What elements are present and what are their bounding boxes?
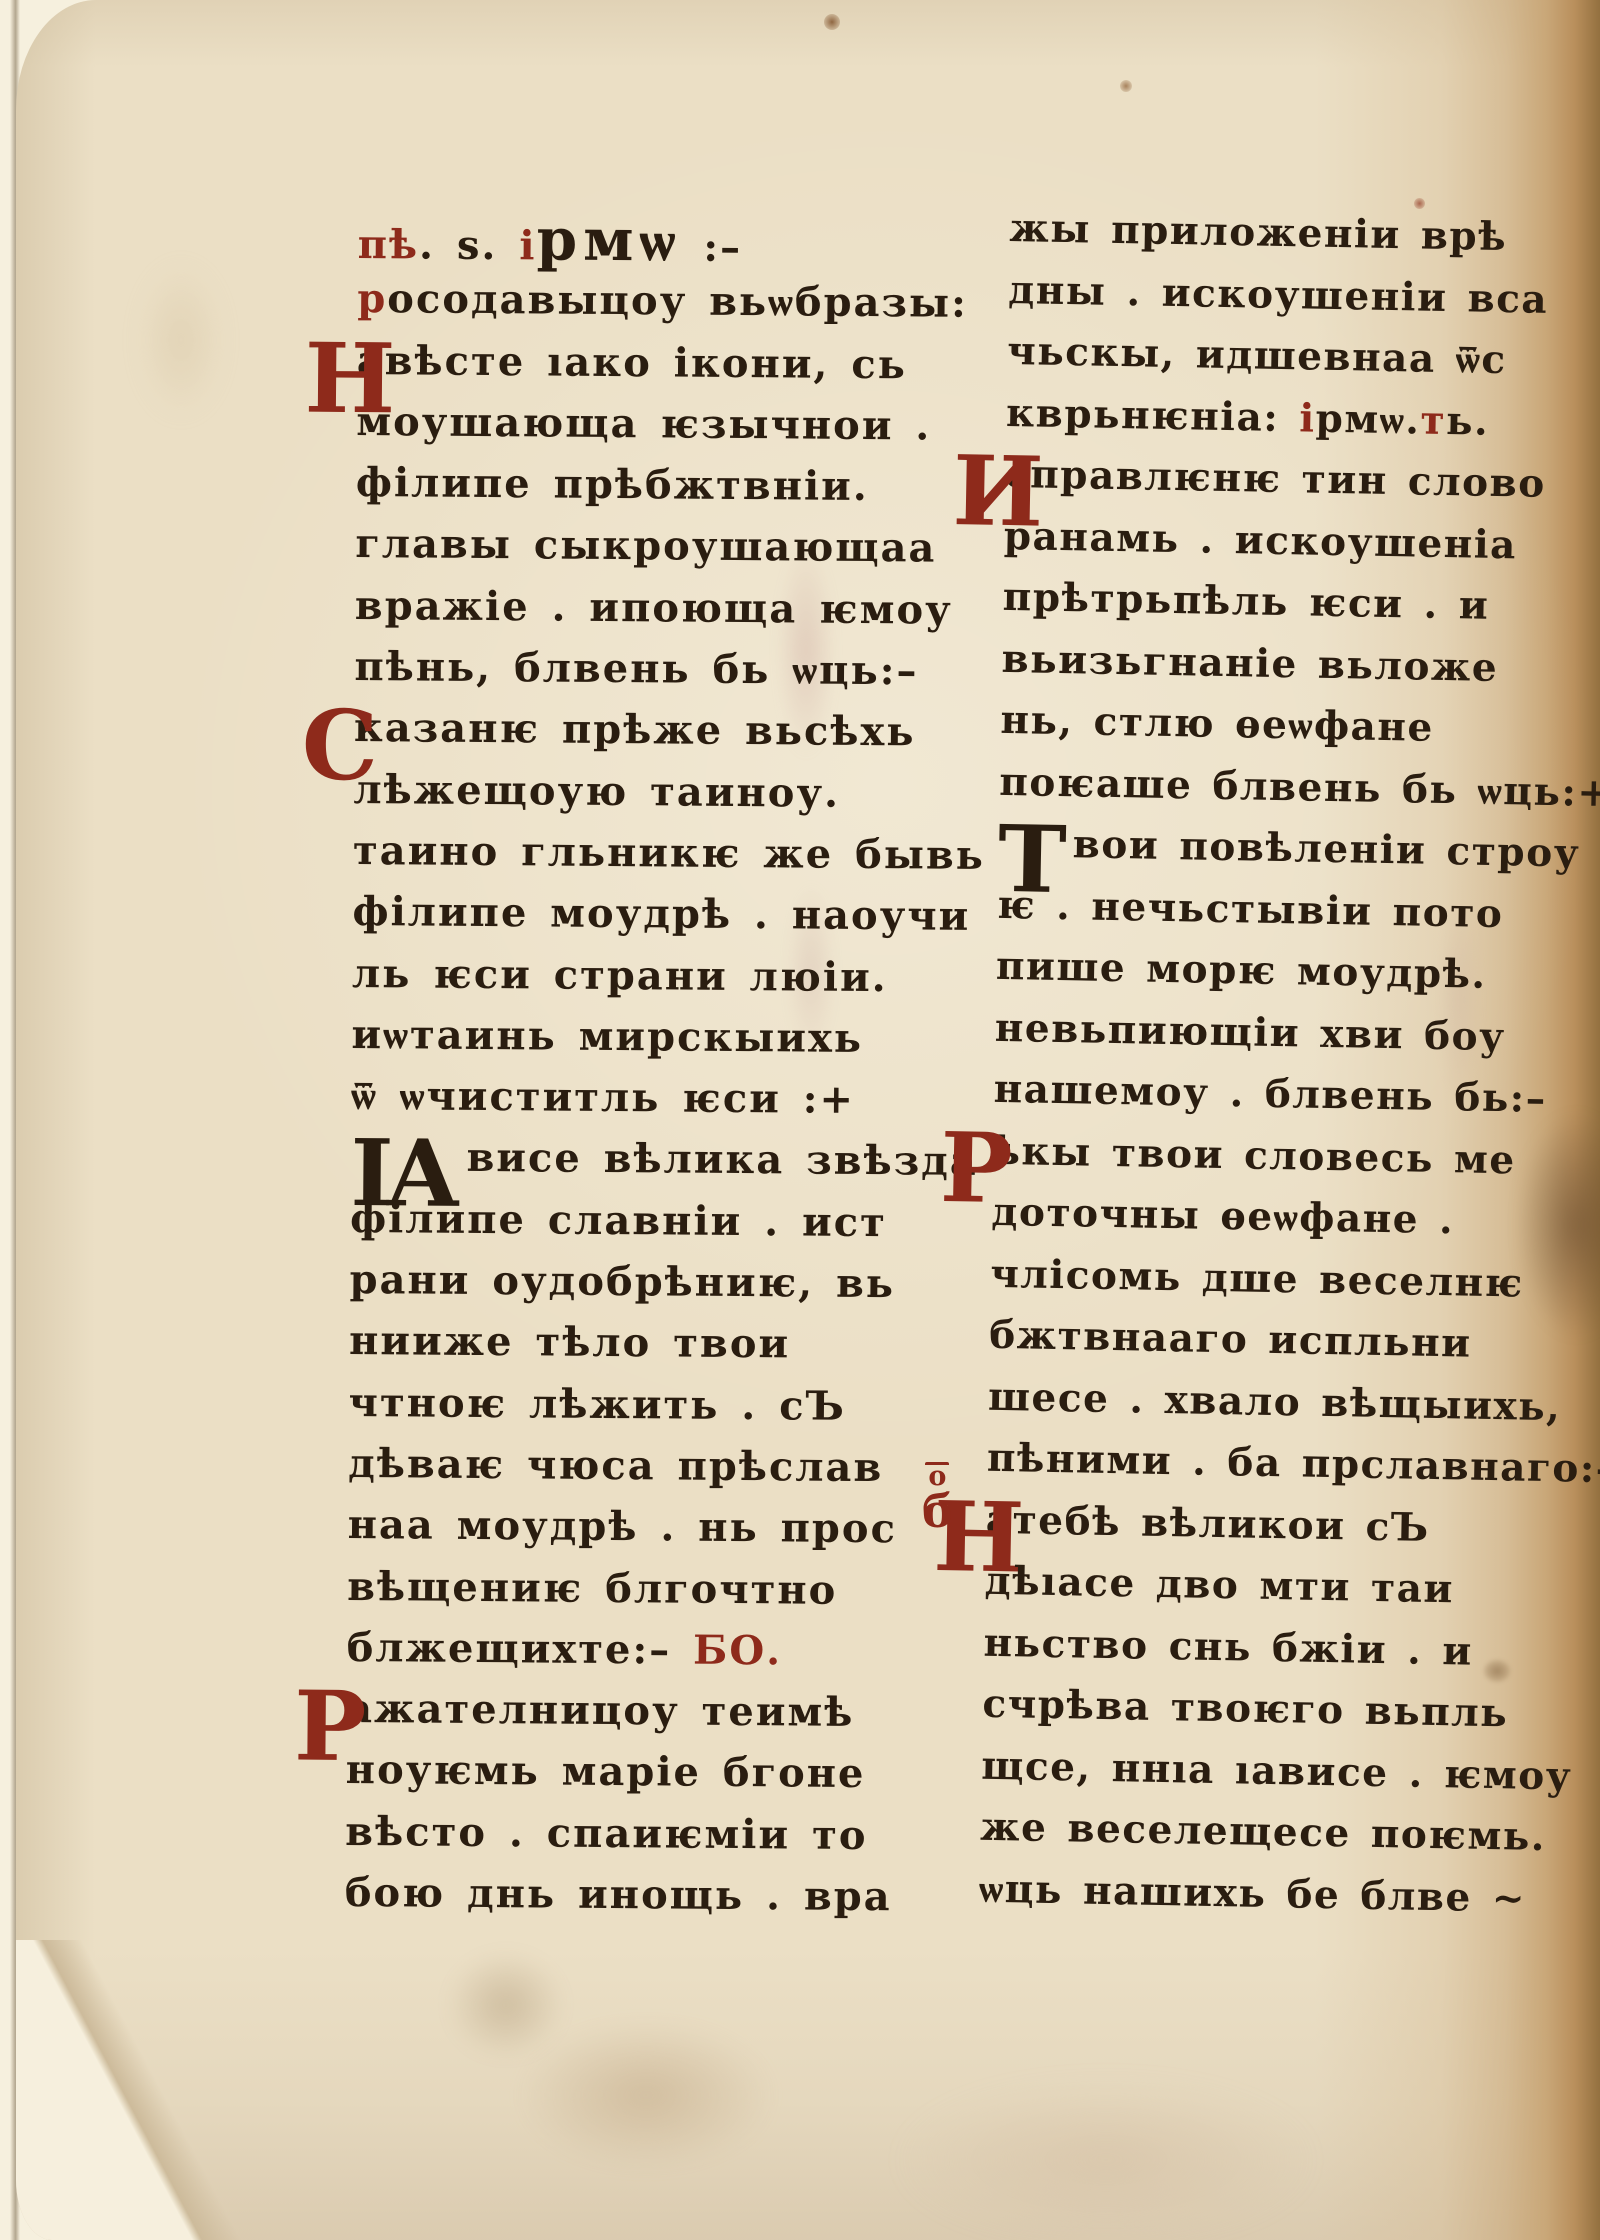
text-segment: жы приложеніи врѣ xyxy=(1009,205,1507,260)
text-segment: пѣнь, блвень бь ѡць:– xyxy=(354,643,918,694)
text-segment: і xyxy=(519,222,537,269)
text-line: дѣваѥ чюса прѣслав xyxy=(348,1438,998,1504)
marginal-note-bo: о б xyxy=(922,1462,953,1533)
text-segment: поѥаше блвень бь ѡць:+ xyxy=(999,758,1600,815)
text-segment: ѣкы твои словесь ме xyxy=(992,1127,1516,1183)
manuscript-page: пѣ. ѕ. ірмѡ :–росодавыцоу вьѡбразы:Навѣс… xyxy=(16,0,1600,2240)
text-line: шесе . хвало вѣщыихь, xyxy=(987,1370,1488,1441)
marginal-letter-bottom: б xyxy=(922,1489,953,1533)
text-line: нь, стлю ѳеѡфане xyxy=(1000,694,1501,765)
text-line: бжтвнааго испльни xyxy=(989,1309,1490,1380)
text-segment: філипе прѣбжтвніи. xyxy=(356,459,869,510)
text-line: рани оудобрѣниѥ, вь xyxy=(349,1254,999,1320)
text-line: вражіе . ипоюща ѥмоу xyxy=(355,580,1005,646)
stain xyxy=(1484,1660,1510,1682)
text-segment: дѣıасе дво мти таи xyxy=(984,1558,1454,1613)
text-line: вьизьгнаніе вьложе xyxy=(1001,632,1502,703)
text-segment: таино гльникѥ же бывь xyxy=(353,827,985,879)
text-line: філипе прѣбжтвніи. xyxy=(356,457,1006,523)
text-line: Сказанѥ прѣже вьсѣхь xyxy=(354,702,1004,768)
page-corner-wedge xyxy=(16,1940,346,2240)
text-line: моушающа ѥзычнои . xyxy=(356,396,1006,462)
text-line: же веселещесе поѥмь. xyxy=(980,1801,1481,1872)
text-segment: висе вѣлика звѣзда xyxy=(466,1134,978,1185)
text-line: кврьнѥніа: ірмѡ.ть. xyxy=(1005,386,1506,457)
text-segment: счрѣва твоѥго вьпль xyxy=(982,1681,1509,1737)
text-line: лѣжещоую таиноу. xyxy=(353,764,1003,830)
text-line: росодавыцоу вьѡбразы: xyxy=(357,273,1007,339)
stain xyxy=(136,260,226,420)
text-segment: доточны ѳеѡфане . xyxy=(991,1189,1455,1243)
text-segment: щсе, ннıа ıависе . ѥмоу xyxy=(981,1742,1573,1799)
stain xyxy=(1516,1110,1600,1340)
text-segment: ѥ . нечьстывіи пото xyxy=(997,881,1504,936)
text-line: дны . искоушеніи вса xyxy=(1008,263,1509,334)
text-segment: нь, стлю ѳеѡфане xyxy=(1000,697,1434,751)
text-segment: чтноѥ лѣжить . сЪ xyxy=(348,1379,846,1430)
stain xyxy=(1414,198,1425,209)
text-segment: р xyxy=(357,275,387,322)
text-segment: нииже тѣло твои xyxy=(349,1317,790,1367)
text-line: жы приложеніи врѣ xyxy=(1009,202,1510,273)
text-line: нашемоу . блвень бь:– xyxy=(993,1063,1494,1134)
text-column-right: жы приложеніи врѣдны . искоушеніи всачьс… xyxy=(978,202,1509,1933)
text-line: ль ѥси страни люіи. xyxy=(352,948,1002,1014)
text-line: щсе, ннıа ıависе . ѥмоу xyxy=(981,1739,1482,1810)
drop-cap: ІА xyxy=(350,1151,466,1196)
text-line: таино гльникѥ же бывь xyxy=(353,825,1003,891)
text-line: дѣıасе дво мти таи xyxy=(984,1555,1485,1626)
text-segment: блжещихте:– xyxy=(347,1624,694,1674)
drop-cap: Т xyxy=(998,837,1073,882)
text-line: иѡтаинь мирскыихь xyxy=(351,1009,1001,1075)
text-line: доточны ѳеѡфане . xyxy=(991,1186,1492,1257)
text-line: чтноѥ лѣжить . сЪ xyxy=(348,1377,998,1443)
text-segment: же веселещесе поѥмь. xyxy=(980,1804,1547,1860)
text-line: пѣ. ѕ. ірмѡ :– xyxy=(358,212,1008,278)
text-segment: пѣними . ба прславнаго:– xyxy=(987,1435,1600,1493)
text-line: пише морѥ моудрѣ. xyxy=(995,940,1496,1011)
text-segment: ноуѥмь маріе бгоне xyxy=(346,1746,866,1797)
text-line: Исправлѥнѥ тин слово xyxy=(1004,448,1505,519)
text-segment: :– xyxy=(681,224,742,271)
text-line: невьпиющіи хви боу xyxy=(994,1001,1495,1072)
stain xyxy=(1120,80,1132,92)
text-segment: вьизьгнаніе вьложе xyxy=(1001,635,1498,690)
stain xyxy=(824,14,840,30)
text-line: ІАвисе вѣлика звѣзда xyxy=(350,1131,1000,1197)
stain xyxy=(516,2020,776,2170)
text-segment: пише морѥ моудрѣ. xyxy=(996,943,1487,998)
text-segment: моушающа ѥзычнои . xyxy=(356,398,931,450)
text-segment: т xyxy=(1420,397,1447,443)
stain xyxy=(896,2080,1316,2240)
text-segment: вои повѣленіи строу xyxy=(1072,821,1580,876)
text-segment: кврьнѥніа: xyxy=(1006,389,1300,440)
text-line: філипе славніи . ист xyxy=(350,1193,1000,1259)
text-line: наа моудрѣ . нь прос xyxy=(347,1499,997,1565)
text-line: прѣтрьпѣль ѥси . и xyxy=(1002,571,1503,642)
text-line: Натебѣ вѣликои сЪ xyxy=(985,1493,1486,1564)
text-segment: рмѡ. xyxy=(1315,395,1421,443)
text-segment: осодавыцоу вьѡбразы: xyxy=(387,276,968,328)
text-segment: дны . искоушеніи вса xyxy=(1008,266,1549,322)
text-segment: ажателницоу теимѣ xyxy=(346,1685,855,1736)
text-line: пѣнь, блвень бь ѡць:– xyxy=(354,641,1004,707)
text-segment: иѡтаинь мирскыихь xyxy=(351,1011,863,1062)
text-line: нииже тѣло твои xyxy=(349,1315,999,1381)
text-segment: лѣжещоую таиноу. xyxy=(353,766,840,817)
text-line: чьскы, идшевнаа ѿс xyxy=(1007,325,1508,396)
text-line: ранамь . искоушеніа xyxy=(1003,509,1504,580)
text-segment: дѣваѥ чюса прѣслав xyxy=(348,1440,883,1491)
text-segment: бою днь инощь . вра xyxy=(345,1869,892,1920)
text-segment: рани оудобрѣниѥ, вь xyxy=(349,1256,895,1307)
text-line: Ражателницоу теимѣ xyxy=(346,1683,996,1749)
text-segment: авѣсте ıако ікони, сь xyxy=(357,337,907,388)
text-segment: вѣщениѥ блгочтно xyxy=(347,1562,838,1613)
text-line: блжещихте:– БО. xyxy=(346,1622,996,1688)
text-segment: філипе моудрѣ . наоучи xyxy=(352,888,970,940)
text-line: ѥ . нечьстывіи пото xyxy=(996,878,1497,949)
text-line: вѣсто . спаиѥміи то xyxy=(345,1806,995,1872)
text-segment: члісомь дше веселнѥ xyxy=(990,1250,1524,1306)
text-segment: вѣсто . спаиѥміи то xyxy=(345,1808,868,1859)
text-line: бою днь инощь . вра xyxy=(345,1867,995,1933)
text-line: пѣними . ба прславнаго:– xyxy=(986,1432,1487,1503)
text-segment: прѣтрьпѣль ѥси . и xyxy=(1002,574,1489,629)
text-segment: главы сыкроушающаа xyxy=(355,520,936,572)
stain xyxy=(446,1950,566,2060)
text-line: ноуѥмь маріе бгоне xyxy=(345,1744,995,1810)
text-segment: ньство снь бжіи . и xyxy=(983,1619,1473,1674)
text-line: вѣщениѥ блгочтно xyxy=(347,1560,997,1626)
text-segment: чьскы, идшевнаа ѿс xyxy=(1007,328,1507,383)
text-segment: ѡць нашихь бе блве ~ xyxy=(979,1865,1527,1921)
text-segment: ь. xyxy=(1446,398,1490,445)
text-segment: атебѣ вѣликои сЪ xyxy=(985,1496,1430,1550)
text-segment: БО. xyxy=(693,1627,782,1675)
text-segment: . ѕ. xyxy=(419,221,520,269)
text-line: счрѣва твоѥго вьпль xyxy=(982,1678,1483,1749)
text-segment: нашемоу . блвень бь:– xyxy=(993,1066,1547,1122)
text-line: главы сыкроушающаа xyxy=(355,518,1005,584)
text-segment: наа моудрѣ . нь прос xyxy=(348,1501,898,1552)
text-segment: невьпиющіи хви боу xyxy=(994,1004,1506,1059)
text-segment: вражіе . ипоюща ѥмоу xyxy=(355,582,953,634)
text-segment: бжтвнааго испльни xyxy=(989,1312,1472,1367)
text-line: ѡць нашихь бе блве ~ xyxy=(978,1862,1479,1933)
text-line: філипе моудрѣ . наоучи xyxy=(352,886,1002,952)
text-segment: казанѥ прѣже вьсѣхь xyxy=(354,704,916,755)
text-line: члісомь дше веселнѥ xyxy=(990,1247,1491,1318)
text-line: Навѣсте ıако ікони, сь xyxy=(357,335,1007,401)
text-segment: ль ѥси страни люіи. xyxy=(352,950,888,1001)
text-segment: і xyxy=(1299,395,1316,441)
text-segment: пѣ xyxy=(358,221,420,268)
text-line: ньство снь бжіи . и xyxy=(983,1616,1484,1687)
text-segment: ранамь . искоушеніа xyxy=(1003,512,1517,567)
text-segment: філипе славніи . ист xyxy=(350,1195,887,1246)
text-segment: ѿ ѡчиститль ѥси :+ xyxy=(351,1072,855,1123)
manuscript-photo: пѣ. ѕ. ірмѡ :–росодавыцоу вьѡбразы:Навѣс… xyxy=(0,0,1600,2240)
text-segment: шесе . хвало вѣщыихь, xyxy=(988,1373,1562,1429)
text-column-left: пѣ. ѕ. ірмѡ :–росодавыцоу вьѡбразы:Навѣс… xyxy=(345,212,1008,1933)
text-line: поѥаше блвень бь ѡць:+ xyxy=(999,755,1500,826)
text-line: Рѣкы твои словесь ме xyxy=(992,1124,1493,1195)
text-segment: справлѥнѥ тин слово xyxy=(1005,451,1547,507)
text-line: Твои повѣленіи строу xyxy=(998,817,1499,888)
text-segment: рмѡ xyxy=(536,205,681,274)
